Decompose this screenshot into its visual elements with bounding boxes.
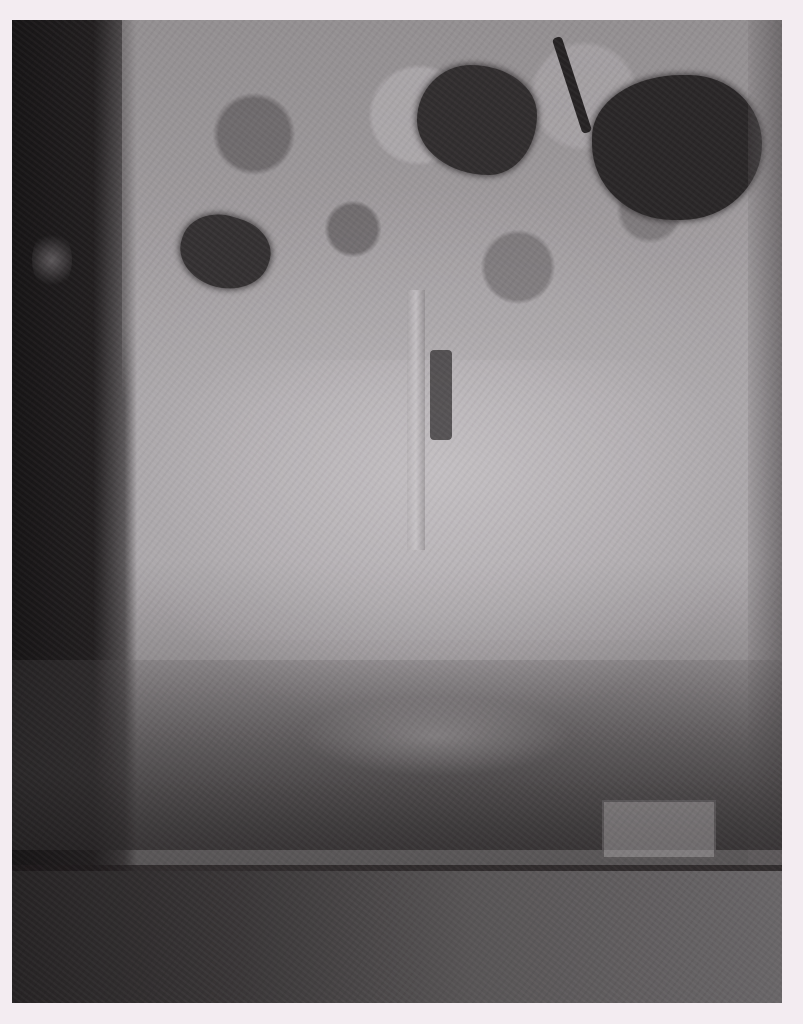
fresco-photograph (12, 20, 782, 1003)
pole-dark-patch (430, 350, 452, 440)
lower-painted-rectangle (602, 800, 716, 859)
painted-vertical-pole (407, 290, 425, 550)
right-edge-border (748, 20, 782, 1003)
dark-left-column (12, 20, 137, 1003)
bottom-dado-strip (12, 871, 782, 1003)
damage-patch-top-right (592, 75, 762, 220)
